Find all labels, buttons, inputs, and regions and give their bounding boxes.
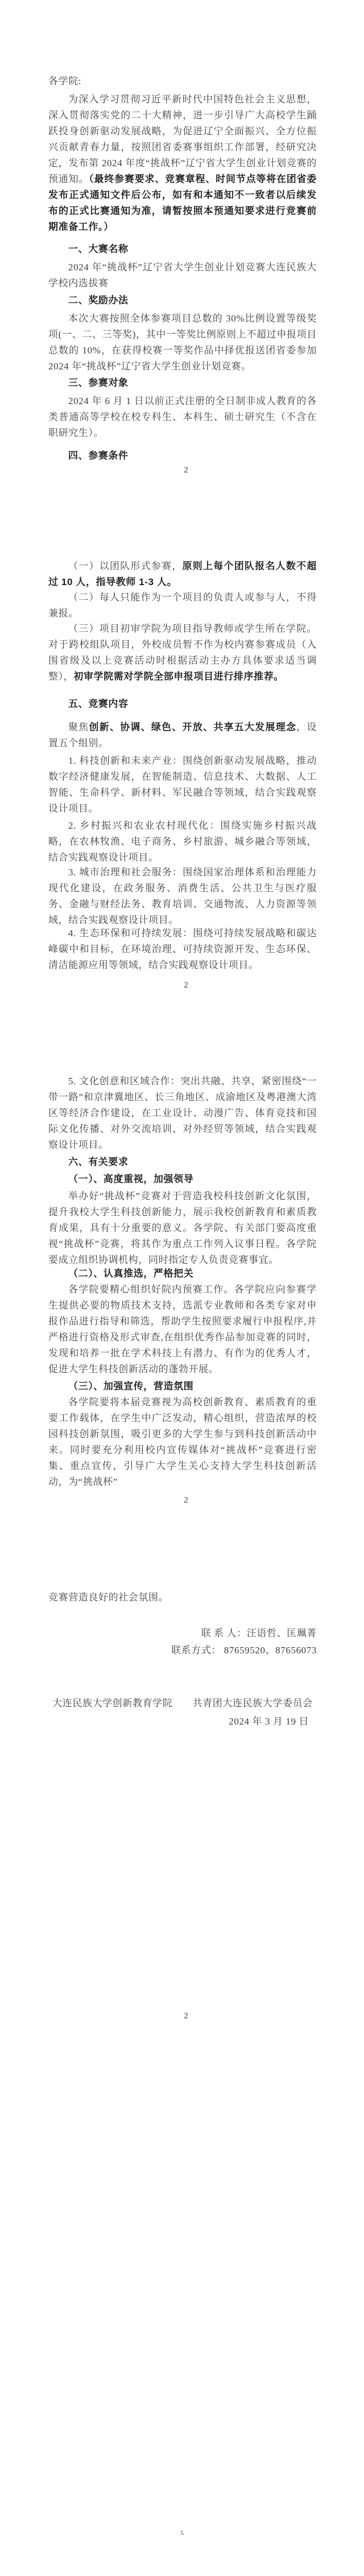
page-4: 竞赛营造良好的社会氛围。联 系 人：汪语哲、匡珮菁联系方式： 87659520、… bbox=[0, 1546, 364, 2061]
text-run: 联系方式： 87659520、87656073 bbox=[171, 1645, 317, 1656]
section-heading: 四、参赛条件 bbox=[48, 448, 317, 464]
text-run: 2024 年“挑战杯”辽宁省大学生创业计划竞赛大连民族大学校内选拔赛 bbox=[48, 262, 317, 289]
text-run: （一）、高度重视，加强领导 bbox=[68, 1174, 193, 1184]
text-run: 四、参赛条件 bbox=[68, 450, 129, 461]
text-run: 初审学院需对学院全部申报项目进行排序推荐。 bbox=[73, 671, 284, 682]
paragraph: 竞赛营造良好的社会氛围。 bbox=[48, 1590, 317, 1606]
text-run: （二）、认真推选，严格把关 bbox=[68, 1268, 193, 1279]
page-number: 2 bbox=[0, 464, 364, 476]
page-5: 5 bbox=[0, 2061, 364, 2576]
text-run: （最终参赛要求、竞赛章程、时间节点等将在团省委发布正式通知文件后公布，如有和本通… bbox=[48, 174, 317, 232]
contact-phone-line: 联系方式： 87659520、87656073 bbox=[48, 1643, 317, 1659]
paragraph: 2024 年 6 月 1 日以前正式注册的全日制非成人教育的各类普通高等学校在校… bbox=[48, 393, 317, 441]
text-run: 三、参赛对象 bbox=[68, 377, 129, 388]
paragraph: 聚焦创新、协调、绿色、开放、共享五大发展理念，设置五个组别。 bbox=[48, 719, 317, 751]
page-number: 2 bbox=[0, 1495, 364, 1506]
text-run: 聚焦 bbox=[68, 722, 89, 733]
text-run: 联 系 人：汪语哲、匡珮菁 bbox=[201, 1628, 317, 1639]
text-run: 一、大赛名称 bbox=[68, 244, 129, 254]
salutation: 各学院: bbox=[48, 73, 317, 89]
paragraph: 举办好“挑战杯”竞赛对于营造我校科技创新文化氛围，提升我校大学生科技创新能力，展… bbox=[48, 1188, 317, 1268]
paragraph: （一）以团队形式参赛，原则上每个团队报名人数不超过 10 人，指导教师 1-3 … bbox=[48, 558, 317, 590]
section-heading: （二）、认真推选，严格把关 bbox=[48, 1266, 317, 1282]
section-heading: 三、参赛对象 bbox=[48, 375, 317, 391]
text-run: 4. 生态环保和可持续发展：围绕可持续发展战略和碳达峰碳中和目标，在环境治理、可… bbox=[48, 928, 317, 970]
text-run: 各学院要精心组织好院内预赛工作。各学院应向参赛学生提供必要的物质技术支持，选派专… bbox=[48, 1284, 317, 1375]
paragraph: 为深入学习贯彻习近平新时代中国特色社会主义思想，深入贯彻落实党的二十大精神，进一… bbox=[48, 92, 317, 235]
paragraph: （二）每人只能作为一个项目的负责人或参与人，不得兼报。 bbox=[48, 590, 317, 622]
text-run: 二、奖励办法 bbox=[68, 295, 129, 306]
text-run: 各学院要将本届竞赛视为高校创新教育、素质教育的重要工作载体，在学生中广泛发动，精… bbox=[48, 1397, 317, 1487]
paragraph: 本次大赛按照全体参赛项目总数的 30%比例设置等级奖项(一、二、三等奖)，其中一… bbox=[48, 311, 317, 375]
paragraph: 4. 生态环保和可持续发展：围绕可持续发展战略和碳达峰碳中和目标，在环境治理、可… bbox=[48, 925, 317, 973]
page-1: 各学院:为深入学习贯彻习近平新时代中国特色社会主义思想，深入贯彻落实党的二十大精… bbox=[0, 0, 364, 516]
text-run: 2024 年 3 月 19 日 bbox=[229, 1716, 309, 1727]
paragraph: 1. 科技创新和未来产业：围绕创新驱动发展战略，推动数字经济健康发展，在智能制造… bbox=[48, 753, 317, 817]
paragraph: 各学院要精心组织好院内预赛工作。各学院应向参赛学生提供必要的物质技术支持，选派专… bbox=[48, 1282, 317, 1377]
paragraph: 各学院要将本届竞赛视为高校创新教育、素质教育的重要工作载体，在学生中广泛发动，精… bbox=[48, 1394, 317, 1490]
text-run: 五、竞赛内容 bbox=[68, 698, 129, 709]
text-run: 本次大赛按照全体参赛项目总数的 30%比例设置等级奖项(一、二、三等奖)，其中一… bbox=[48, 313, 317, 372]
text-run: 大连民族大学创新教育学院 共青团大连民族大学委员会 bbox=[52, 1698, 313, 1709]
document-canvas: 各学院:为深入学习贯彻习近平新时代中国特色社会主义思想，深入贯彻落实党的二十大精… bbox=[0, 0, 364, 2576]
contact-person-line: 联 系 人：汪语哲、匡珮菁 bbox=[48, 1626, 317, 1641]
page-number: 2 bbox=[0, 980, 364, 991]
text-run: 竞赛营造良好的社会氛围。 bbox=[48, 1592, 168, 1603]
paragraph: 3. 城市治理和社会服务：围绕国家治理体系和治理能力现代化建设，在政务服务、消费… bbox=[48, 865, 317, 928]
section-heading: 一、大赛名称 bbox=[48, 241, 317, 257]
text-run: 为深入学习贯彻习近平新时代中国特色社会主义思想，深入贯彻落实党的二十大精神，进一… bbox=[48, 94, 317, 184]
section-heading: 六、有关要求 bbox=[48, 1154, 317, 1170]
date-line: 2024 年 3 月 19 日 bbox=[48, 1714, 317, 1730]
signature-line: 大连民族大学创新教育学院 共青团大连民族大学委员会 bbox=[48, 1696, 317, 1711]
text-run: （一）以团队形式参赛， bbox=[68, 561, 183, 571]
text-run: 1. 科技创新和未来产业：围绕创新驱动发展战略，推动数字经济健康发展，在智能制造… bbox=[48, 755, 317, 814]
section-heading: （三）、加强宣传，营造氛围 bbox=[48, 1378, 317, 1394]
paragraph: 2024 年“挑战杯”辽宁省大学生创业计划竞赛大连民族大学校内选拔赛 bbox=[48, 260, 317, 291]
text-run: 3. 城市治理和社会服务：围绕国家治理体系和治理能力现代化建设，在政务服务、消费… bbox=[48, 867, 317, 925]
section-heading: （一）、高度重视，加强领导 bbox=[48, 1171, 317, 1187]
page-number: 2 bbox=[0, 2010, 364, 2022]
text-run: 5. 文化创意和区域合作：突出共融、共享，紧密围绕“一带一路”和京津冀地区、长三… bbox=[48, 1076, 317, 1150]
section-heading: 二、奖励办法 bbox=[48, 293, 317, 308]
page-number: 5 bbox=[0, 2528, 364, 2539]
text-run: 创新、协调、绿色、开放、共享五大发展理念 bbox=[89, 722, 296, 733]
text-run: 2024 年 6 月 1 日以前正式注册的全日制非成人教育的各类普通高等学校在校… bbox=[48, 396, 317, 438]
paragraph: 2. 乡村振兴和农业农村现代化：围绕实施乡村振兴战略，在农林牧渔、电子商务、乡村… bbox=[48, 818, 317, 866]
text-run: （三）、加强宣传，营造氛围 bbox=[68, 1381, 193, 1392]
text-run: 各学院: bbox=[48, 76, 81, 87]
section-heading: 五、竞赛内容 bbox=[48, 696, 317, 712]
page-2: （一）以团队形式参赛，原则上每个团队报名人数不超过 10 人，指导教师 1-3 … bbox=[0, 515, 364, 1031]
page-3: 5. 文化创意和区域合作：突出共融、共享，紧密围绕“一带一路”和京津冀地区、长三… bbox=[0, 1030, 364, 1546]
paragraph: 5. 文化创意和区域合作：突出共融、共享，紧密围绕“一带一路”和京津冀地区、长三… bbox=[48, 1073, 317, 1153]
text-run: 六、有关要求 bbox=[68, 1157, 129, 1167]
text-run: （二）每人只能作为一个项目的负责人或参与人，不得兼报。 bbox=[48, 592, 317, 619]
text-run: 举办好“挑战杯”竞赛对于营造我校科技创新文化氛围，提升我校大学生科技创新能力，展… bbox=[48, 1191, 317, 1265]
text-run: 2. 乡村振兴和农业农村现代化：围绕实施乡村振兴战略，在农林牧渔、电子商务、乡村… bbox=[48, 820, 317, 863]
paragraph: （三）项目初审学院为项目指导教师或学生所在学院。对于跨校组队项目，外校成员暂不作… bbox=[48, 621, 317, 685]
